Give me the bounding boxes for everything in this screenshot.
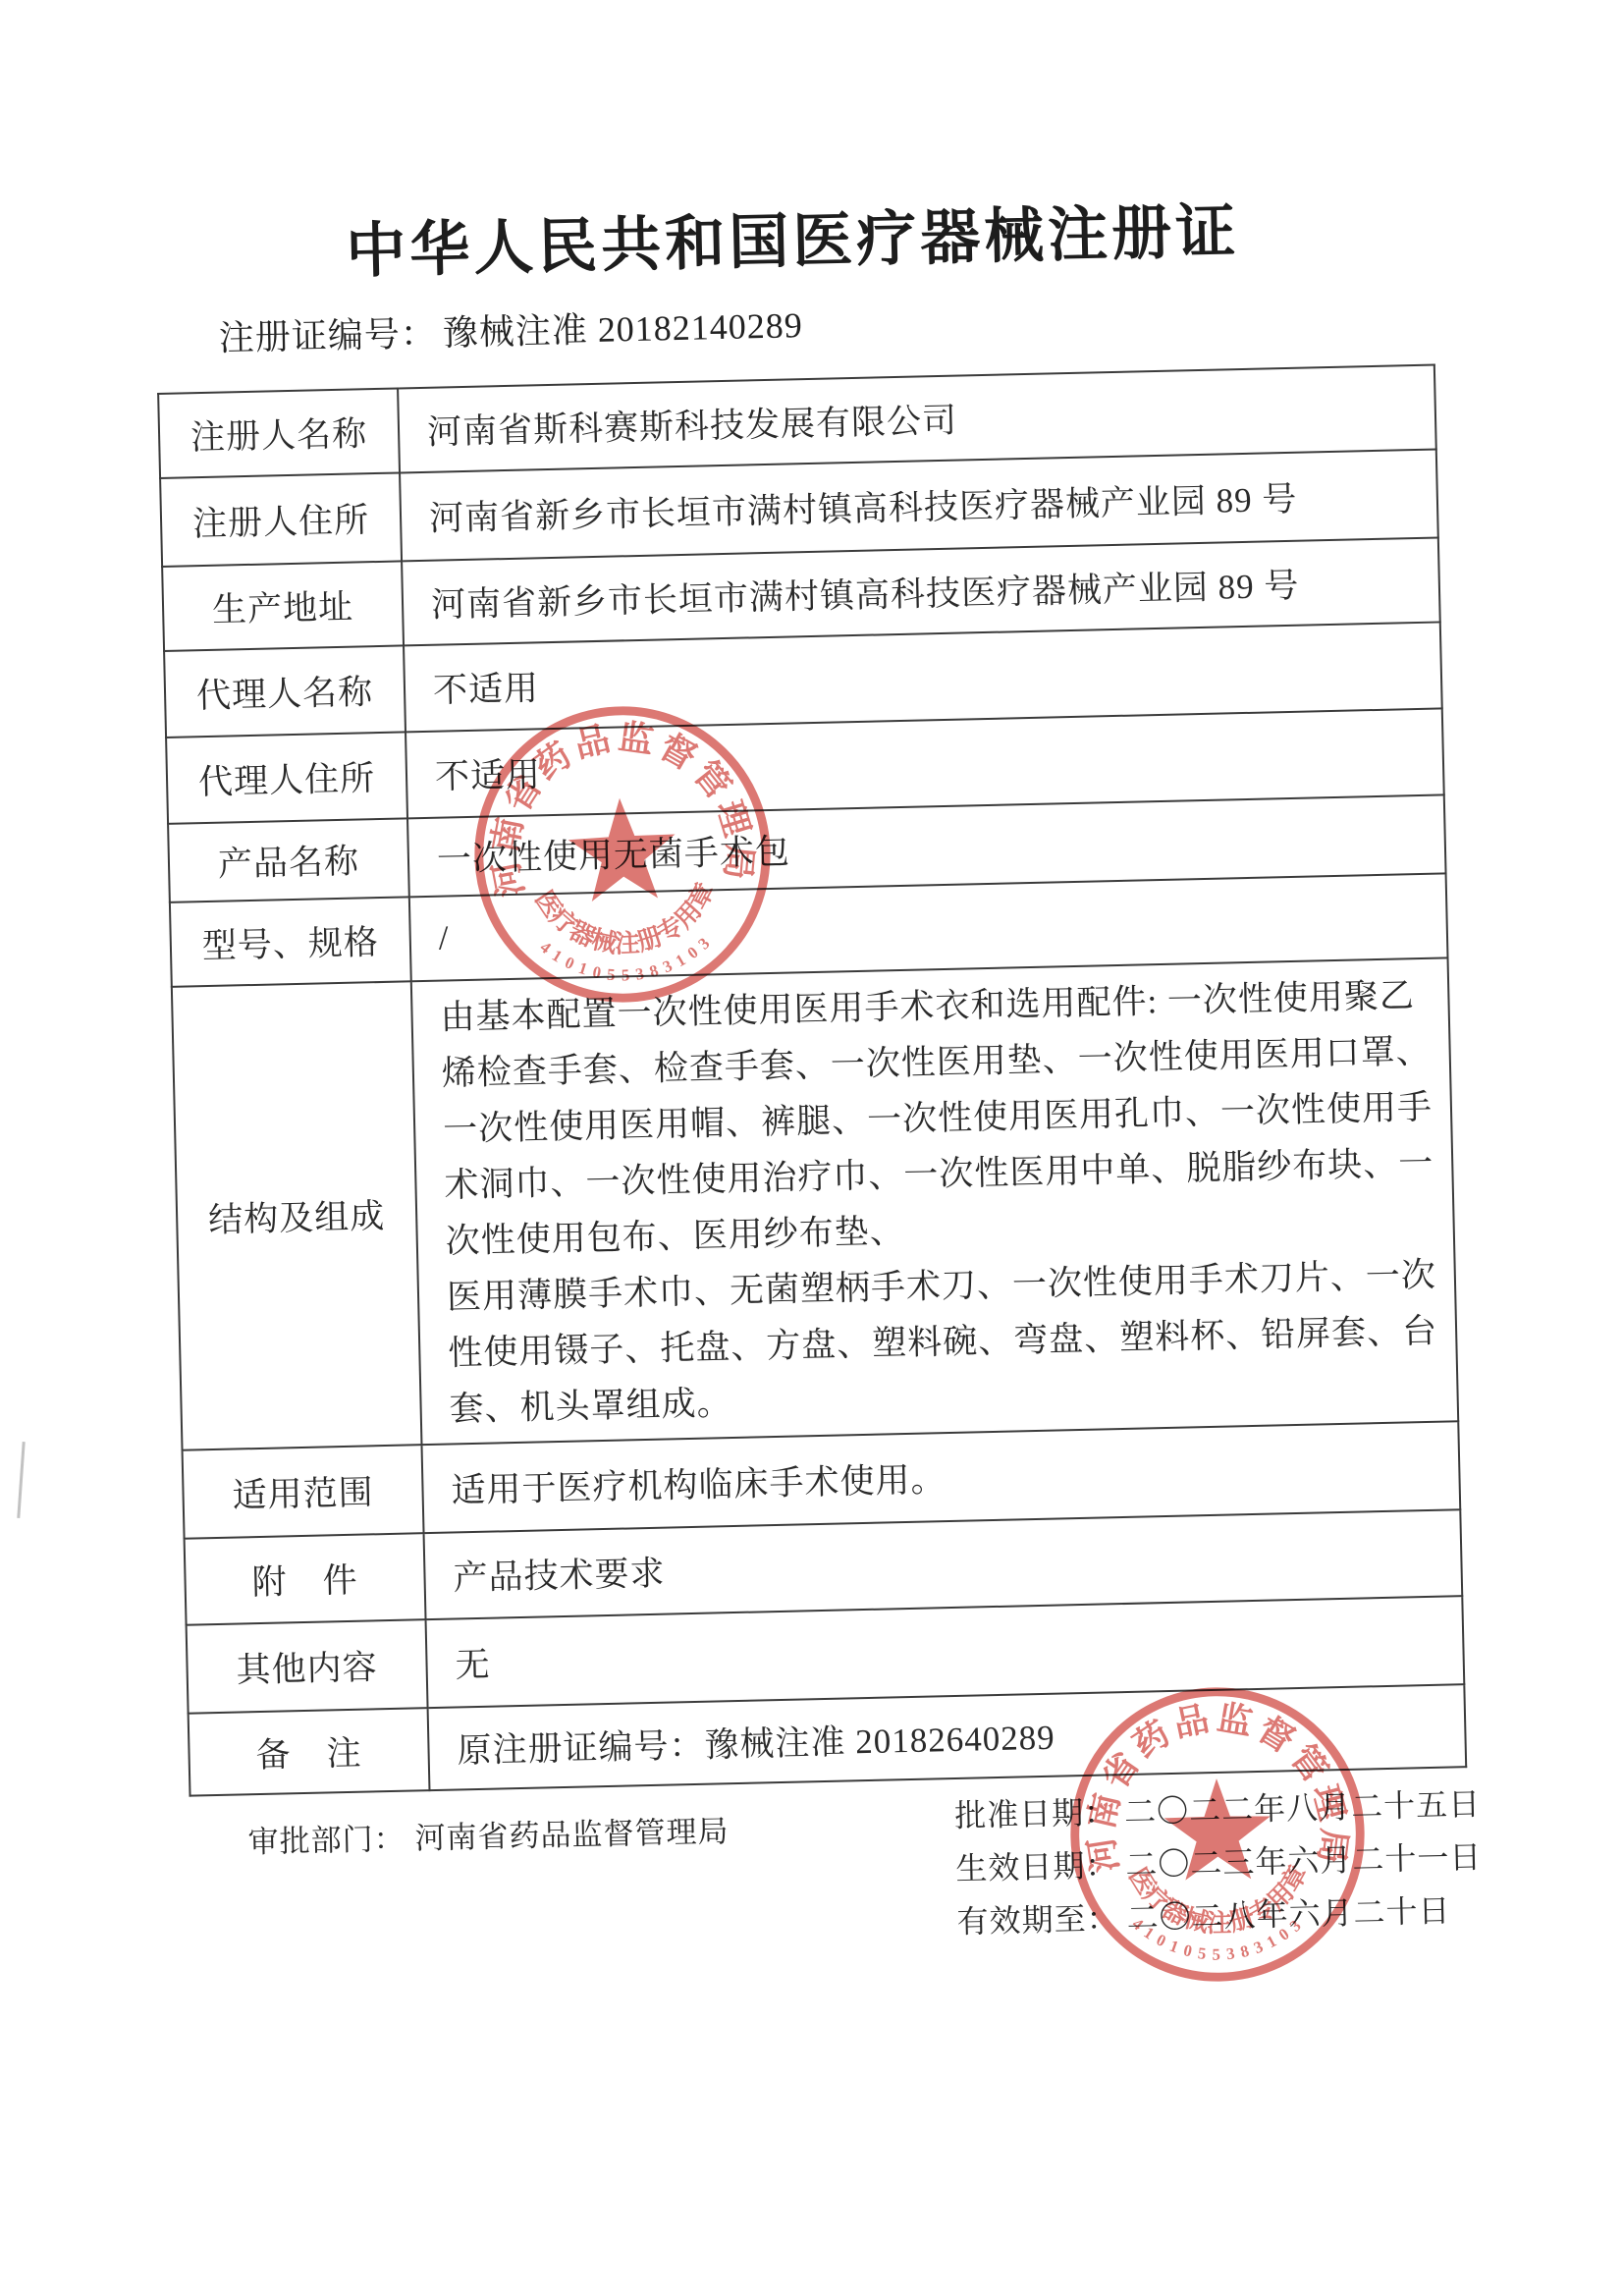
field-label-production-address: 生产地址 [162,561,404,651]
approval-department-label: 审批部门： [247,1822,406,1860]
field-label-attachment: 附 件 [185,1533,426,1625]
field-label-structure-composition: 结构及组成 [172,981,422,1449]
certificate-number-label: 注册证编号： [218,314,437,358]
scanned-content: 中华人民共和国医疗器械注册证 注册证编号：豫械注准 20182140289 注册… [0,0,1623,2296]
field-label-agent-name: 代理人名称 [164,645,406,738]
page-title: 中华人民共和国医疗器械注册证 [0,176,1604,298]
field-label-product-name: 产品名称 [168,818,409,902]
field-label-agent-address: 代理人住所 [166,732,407,824]
field-label-other-content: 其他内容 [187,1619,428,1714]
field-label-scope-of-application: 适用范围 [183,1445,424,1539]
field-label-registrant-name: 注册人名称 [158,388,400,478]
certificate-number-value: 豫械注准 20182140289 [442,305,803,353]
certificate-table: 注册人名称 河南省斯科赛斯科技发展有限公司 注册人住所 河南省新乡市长垣市满村镇… [157,364,1467,1797]
official-stamp-2 [1060,1677,1374,1991]
approval-department-line: 审批部门：河南省药品监督管理局 [247,1806,730,1861]
official-stamp-1: 河南省药品监督管理局 医疗器械注册专用章 4101055383103 [460,691,785,1017]
certificate-number-line: 注册证编号：豫械注准 20182140289 [218,298,803,360]
table-row-structure-composition: 结构及组成 由基本配置一次性使用医用手术衣和选用配件: 一次性使用聚乙烯检查手套… [172,957,1458,1449]
approval-department-value: 河南省药品监督管理局 [414,1814,730,1855]
field-value-structure-composition: 由基本配置一次性使用医用手术衣和选用配件: 一次性使用聚乙烯检查手套、检查手套、… [411,957,1458,1445]
field-label-registrant-address: 注册人住所 [160,472,402,567]
field-label-model-spec: 型号、规格 [170,897,411,987]
certificate-page: 中华人民共和国医疗器械注册证 注册证编号：豫械注准 20182140289 注册… [0,0,1623,2296]
field-label-remarks: 备 注 [189,1708,430,1796]
